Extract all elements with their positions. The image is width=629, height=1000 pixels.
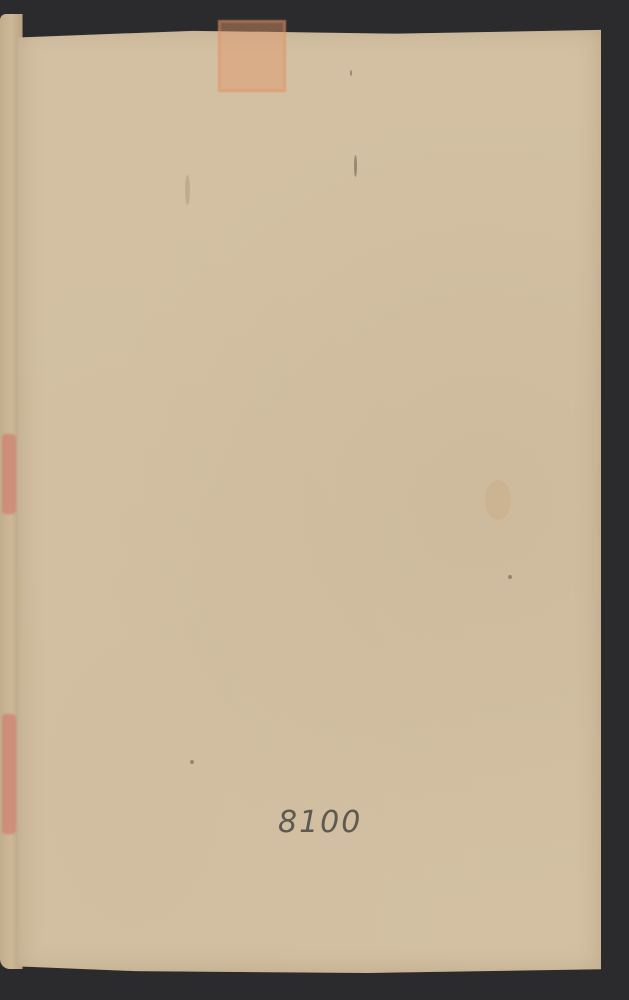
paper-speck [508, 575, 512, 579]
shelfmark-number: 8100 [278, 805, 362, 840]
paper-blemish [185, 175, 190, 205]
spine-red-inscription [2, 714, 16, 834]
library-stamp [218, 20, 286, 92]
paper-stain [485, 480, 511, 520]
paper-speck [350, 70, 352, 76]
paper-speck [190, 760, 194, 764]
spine-red-inscription [2, 434, 16, 514]
paper-blemish [354, 155, 357, 177]
